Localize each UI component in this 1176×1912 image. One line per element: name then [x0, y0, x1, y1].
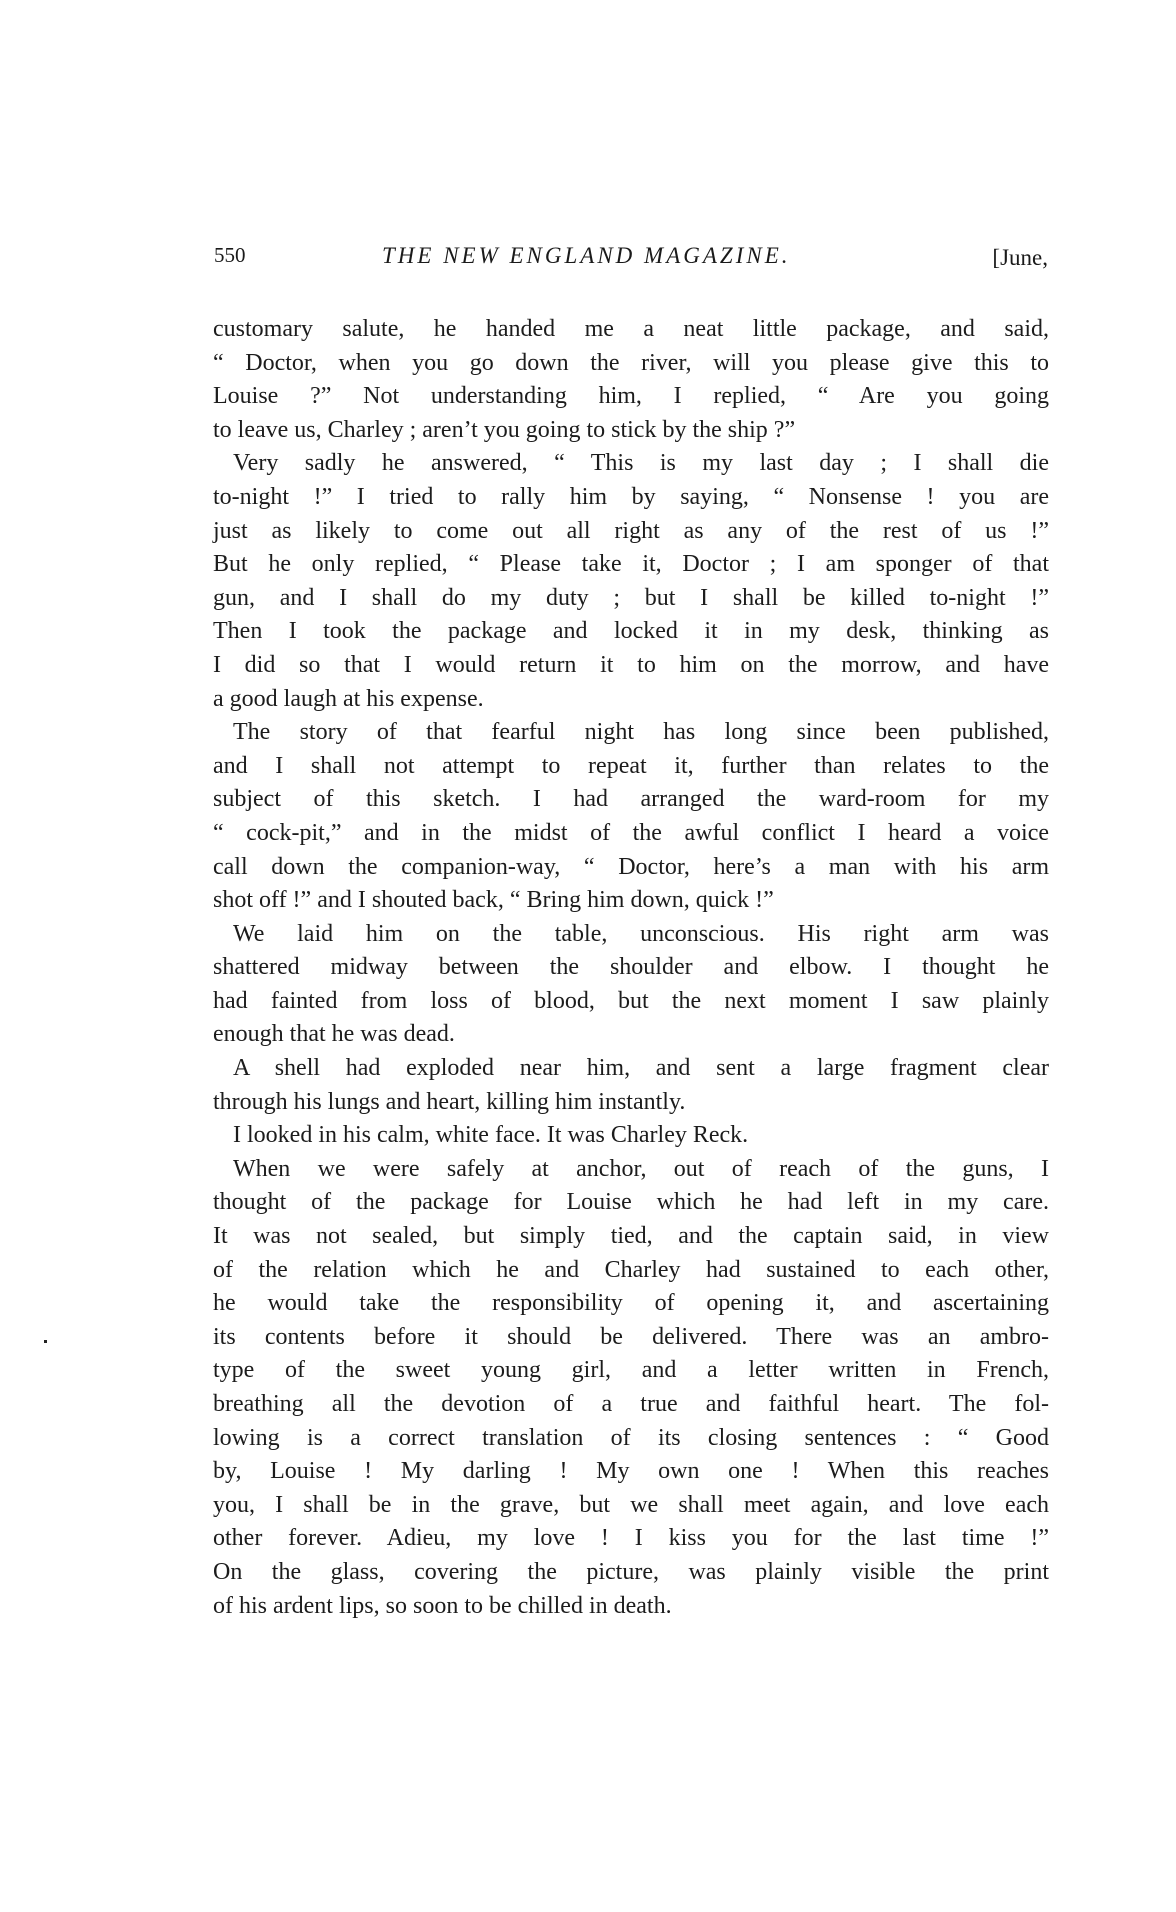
text-line: “ Doctor, when you go down the river, wi… — [213, 347, 1049, 381]
text-line: of the relation which he and Charley had… — [213, 1254, 1049, 1288]
paragraph: customary salute, he handed me a neat li… — [213, 313, 1049, 447]
issue-month: [June, — [992, 245, 1048, 271]
text-line: It was not sealed, but simply tied, and … — [213, 1220, 1049, 1254]
text-line: thought of the package for Louise which … — [213, 1186, 1049, 1220]
text-line: had fainted from loss of blood, but the … — [213, 985, 1049, 1019]
text-line: The story of that fearful night has long… — [213, 716, 1049, 750]
text-line: We laid him on the table, unconscious. H… — [213, 918, 1049, 952]
paragraph: The story of that fearful night has long… — [213, 716, 1049, 918]
text-line: type of the sweet young girl, and a lett… — [213, 1354, 1049, 1388]
text-line: shot off !” and I shouted back, “ Bring … — [213, 884, 1049, 918]
text-line: just as likely to come out all right as … — [213, 515, 1049, 549]
text-line: you, I shall be in the grave, but we sha… — [213, 1489, 1049, 1523]
paragraph: Very sadly he answered, “ This is my las… — [213, 447, 1049, 716]
text-line: A shell had exploded near him, and sent … — [213, 1052, 1049, 1086]
text-line: “ cock-pit,” and in the midst of the awf… — [213, 817, 1049, 851]
text-line: I looked in his calm, white face. It was… — [213, 1119, 1049, 1153]
text-line: gun, and I shall do my duty ; but I shal… — [213, 582, 1049, 616]
scan-speck — [44, 1340, 47, 1343]
text-line: to leave us, Charley ; aren’t you going … — [213, 414, 1049, 448]
text-line: of his ardent lips, so soon to be chille… — [213, 1590, 1049, 1624]
text-line: call down the companion-way, “ Doctor, h… — [213, 851, 1049, 885]
text-line: customary salute, he handed me a neat li… — [213, 313, 1049, 347]
text-line: Then I took the package and locked it in… — [213, 615, 1049, 649]
text-line: by, Louise ! My darling ! My own one ! W… — [213, 1455, 1049, 1489]
text-line: through his lungs and heart, killing him… — [213, 1086, 1049, 1120]
running-head: 550 THE NEW ENGLAND MAGAZINE. [June, — [212, 243, 1050, 273]
paragraph: I looked in his calm, white face. It was… — [213, 1119, 1049, 1153]
text-line: On the glass, covering the picture, was … — [213, 1556, 1049, 1590]
text-line: to-night !” I tried to rally him by sayi… — [213, 481, 1049, 515]
text-line: When we were safely at anchor, out of re… — [213, 1153, 1049, 1187]
text-line: a good laugh at his expense. — [213, 683, 1049, 717]
paragraph: When we were safely at anchor, out of re… — [213, 1153, 1049, 1623]
text-line: I did so that I would return it to him o… — [213, 649, 1049, 683]
text-line: But he only replied, “ Please take it, D… — [213, 548, 1049, 582]
text-line: its contents before it should be deliver… — [213, 1321, 1049, 1355]
text-line: Louise ?” Not understanding him, I repli… — [213, 380, 1049, 414]
journal-title: THE NEW ENGLAND MAGAZINE. — [382, 243, 791, 269]
text-line: lowing is a correct translation of its c… — [213, 1422, 1049, 1456]
paragraph: A shell had exploded near him, and sent … — [213, 1052, 1049, 1119]
text-line: enough that he was dead. — [213, 1018, 1049, 1052]
text-line: and I shall not attempt to repeat it, fu… — [213, 750, 1049, 784]
page-number: 550 — [214, 243, 246, 268]
text-line: shattered midway between the shoulder an… — [213, 951, 1049, 985]
paragraph: We laid him on the table, unconscious. H… — [213, 918, 1049, 1052]
text-line: Very sadly he answered, “ This is my las… — [213, 447, 1049, 481]
text-line: he would take the responsibility of open… — [213, 1287, 1049, 1321]
scanned-page: 550 THE NEW ENGLAND MAGAZINE. [June, cus… — [0, 0, 1176, 1912]
text-line: breathing all the devotion of a true and… — [213, 1388, 1049, 1422]
text-line: subject of this sketch. I had arranged t… — [213, 783, 1049, 817]
text-line: other forever. Adieu, my love ! I kiss y… — [213, 1522, 1049, 1556]
article-body: customary salute, he handed me a neat li… — [213, 313, 1049, 1623]
